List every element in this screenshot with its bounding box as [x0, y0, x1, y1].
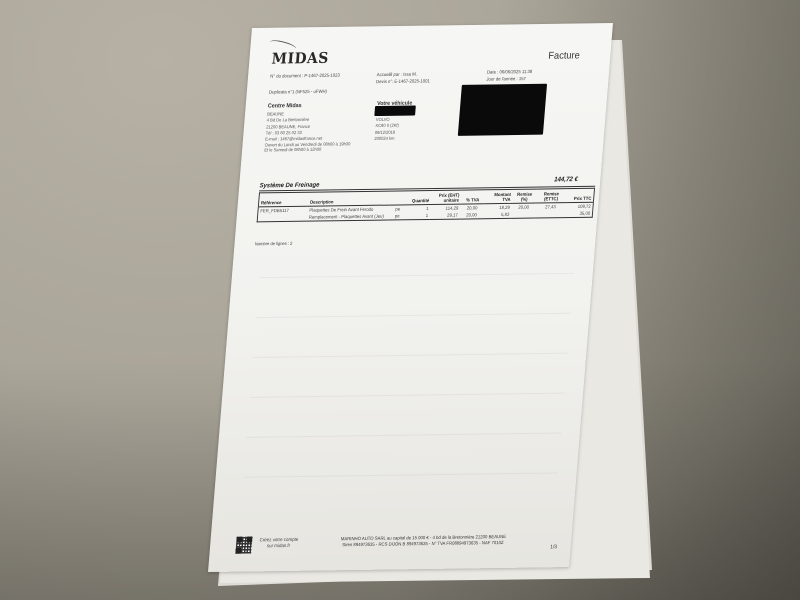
- show-through-line: [243, 472, 558, 477]
- shop-address: BEAUNE 4 Bd De La Bretonnière 21200 BEAU…: [264, 110, 353, 153]
- qr-code-icon: [235, 537, 252, 554]
- document-number: N° du document : P-1467-2025-1023: [270, 73, 340, 79]
- document-type: Facture: [548, 50, 580, 61]
- cell-quantity: 1: [406, 212, 430, 220]
- invoice-date: Date : 06/06/2025 11:38: [487, 69, 533, 75]
- col-reference: Référence: [258, 192, 309, 207]
- section-total: 144,72 €: [554, 176, 578, 183]
- qr-caption-line: sur midas.fr: [259, 544, 298, 551]
- show-through-line: [260, 273, 575, 278]
- redaction-block: [374, 106, 416, 117]
- show-through-line: [250, 393, 565, 398]
- cell-description: Remplacement - Plaquettes Avant (Jeu): [307, 213, 389, 222]
- col-price-ttc: Prix TTC: [566, 188, 595, 202]
- brand-logo: MIDAS: [271, 49, 329, 68]
- cell-unit: pe: [388, 213, 406, 221]
- invoice-lines-table: Référence Description Quantité Prix (EHT…: [257, 188, 595, 223]
- col-unit-price: Prix (EHT) unitaire: [431, 190, 462, 204]
- shop-hours-saturday: Et le Samedi de 08h00 à 12h00: [264, 147, 350, 153]
- col-vat-amount: Montant TVA: [484, 189, 513, 203]
- section-title: Système De Freinage: [259, 182, 319, 190]
- legal-footer: MARINHO AUTO SARL au capital de 15 000 €…: [316, 534, 530, 549]
- received-by: Accueilli par : Issa M.: [377, 72, 418, 78]
- cell-discount-pct: [511, 211, 535, 219]
- col-discount-pct: Remise (%): [512, 189, 537, 203]
- shop-name: Centre Midas: [268, 103, 302, 109]
- cell-reference: [257, 214, 307, 222]
- show-through-line: [247, 433, 562, 438]
- quote-number: Devis n°: E-1467-2025-1001: [376, 78, 430, 84]
- vehicle-details: VOLVO XC90 II (2Kf) 09/12/2018 200024 km: [374, 117, 400, 142]
- col-description: Description: [308, 191, 390, 206]
- line-count: Nombre de lignes : 2: [255, 241, 293, 247]
- show-through-line: [253, 353, 568, 358]
- show-through-line: [256, 313, 571, 318]
- page-indicator: 1/3: [550, 544, 557, 550]
- invoice-page: MIDAS Facture N° du document : P-1467-20…: [208, 23, 613, 572]
- cell-unit-price: 29,17: [430, 212, 460, 220]
- vehicle-mileage: 200024 km: [374, 136, 398, 143]
- vehicle-model: XC90 II (2Kf): [375, 123, 399, 130]
- col-vat-rate: % TVA: [461, 190, 486, 204]
- duplicate-label: Duplicata n°1 (NF525 - uFWH): [269, 89, 327, 95]
- col-quantity: Quantité: [407, 191, 432, 205]
- col-unit: [389, 191, 408, 205]
- col-discount-ttc: Remise (ETTC): [536, 189, 567, 203]
- day-of-year: Jour de l'année : 157: [486, 76, 526, 82]
- cell-discount-ttc: [535, 210, 565, 218]
- cell-vat-amount: 5,83: [483, 211, 511, 219]
- redaction-block: [458, 84, 547, 136]
- cell-price-ttc: 35,00: [564, 210, 592, 218]
- cell-vat-rate: 20,00: [459, 211, 483, 219]
- qr-caption: Créez votre compte sur midas.fr: [259, 538, 299, 551]
